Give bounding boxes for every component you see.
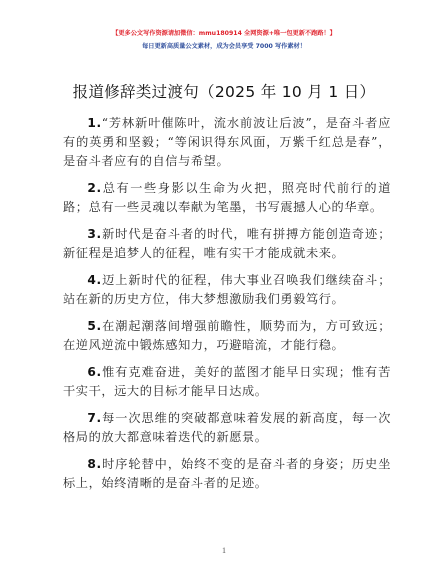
promo-header: 【更多公文写作资源请加微信：mmu180914 全网资源+唯一包更新不跑路！】 … — [0, 29, 448, 52]
promo-line-wechat: 【更多公文写作资源请加微信：mmu180914 全网资源+唯一包更新不跑路！】 — [0, 29, 448, 39]
paragraph-text: 总有一些身影以生命为火把，照亮时代前行的道路；总有一些灵魂以奉献为笔墨，书写震撼… — [63, 181, 391, 214]
paragraph-2: 2.总有一些身影以生命为火把，照亮时代前行的道路；总有一些灵魂以奉献为笔墨，书写… — [63, 179, 391, 217]
paragraph-8: 8.时序轮替中，始终不变的是奋斗者的身姿；历史坐标上，始终清晰的是奋斗者的足迹。 — [63, 455, 391, 493]
document-page: 【更多公文写作资源请加微信：mmu180914 全网资源+唯一包更新不跑路！】 … — [0, 0, 448, 580]
paragraph-text: 时序轮替中，始终不变的是奋斗者的身姿；历史坐标上，始终清晰的是奋斗者的足迹。 — [63, 457, 391, 490]
document-title: 报道修辞类过渡句（2025 年 10 月 1 日） — [0, 80, 448, 102]
paragraph-6: 6.惟有克难奋进，美好的蓝图才能早日实现；惟有苦干实干，远大的目标才能早日达成。 — [63, 363, 391, 401]
paragraph-number: 8. — [87, 457, 101, 471]
paragraph-text: 惟有克难奋进，美好的蓝图才能早日实现；惟有苦干实干，远大的目标才能早日达成。 — [63, 365, 391, 398]
paragraph-number: 7. — [87, 411, 101, 425]
paragraph-3: 3.新时代是奋斗者的时代，唯有拼搏方能创造奇迹；新征程是追梦人的征程，唯有实干才… — [63, 225, 391, 263]
paragraph-text: 迈上新时代的征程，伟大事业召唤我们继续奋斗；站在新的历史方位，伟大梦想激励我们勇… — [63, 273, 391, 306]
paragraph-text: 每一次思维的突破都意味着发展的新高度，每一次格局的放大都意味着迭代的新愿景。 — [63, 411, 391, 444]
paragraph-number: 1. — [87, 116, 101, 130]
paragraph-text: “芳林新叶催陈叶，流水前波让后波”，是奋斗者应有的英勇和坚毅；“等闲识得东风面，… — [63, 116, 391, 168]
paragraph-number: 2. — [87, 181, 101, 195]
paragraph-number: 4. — [87, 273, 101, 287]
paragraph-7: 7.每一次思维的突破都意味着发展的新高度，每一次格局的放大都意味着迭代的新愿景。 — [63, 409, 391, 447]
page-number: 1 — [0, 546, 448, 555]
paragraph-text: 新时代是奋斗者的时代，唯有拼搏方能创造奇迹；新征程是追梦人的征程，唯有实干才能成… — [63, 227, 391, 260]
promo-line-membership: 每日更新高质量公文素材，成为会员享受 7000 写作素材！ — [0, 42, 448, 52]
paragraph-text: 在潮起潮落间增强前瞻性，顺势而为，方可致远；在逆风逆流中锻炼感知力，巧避暗流，才… — [63, 319, 391, 352]
document-body: 1.“芳林新叶催陈叶，流水前波让后波”，是奋斗者应有的英勇和坚毅；“等闲识得东风… — [63, 114, 391, 501]
paragraph-5: 5.在潮起潮落间增强前瞻性，顺势而为，方可致远；在逆风逆流中锻炼感知力，巧避暗流… — [63, 317, 391, 355]
paragraph-number: 5. — [87, 319, 101, 333]
paragraph-4: 4.迈上新时代的征程，伟大事业召唤我们继续奋斗；站在新的历史方位，伟大梦想激励我… — [63, 271, 391, 309]
paragraph-number: 6. — [87, 365, 101, 379]
paragraph-1: 1.“芳林新叶催陈叶，流水前波让后波”，是奋斗者应有的英勇和坚毅；“等闲识得东风… — [63, 114, 391, 171]
paragraph-number: 3. — [87, 227, 101, 241]
